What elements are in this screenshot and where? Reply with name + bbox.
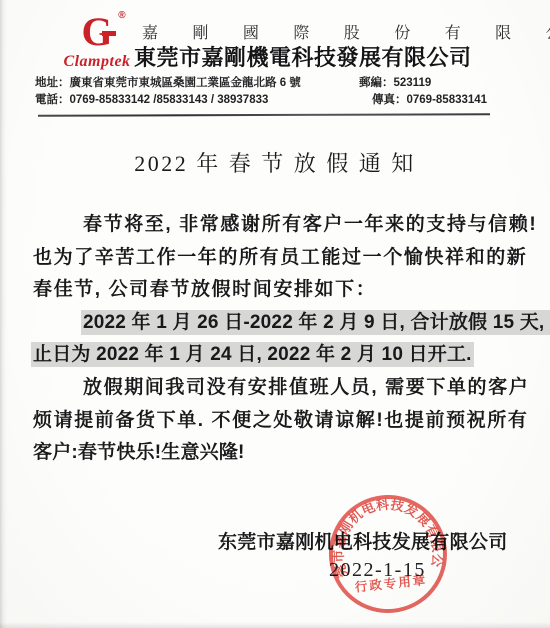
company-name-international: 嘉 剛 國 際 股 份 有 限 公 司 — [142, 20, 472, 43]
contact-row-address: 地址：廣東省東莞市東城區桑園工業區金龍北路 6 號 郵編：523119 — [35, 74, 515, 91]
postal-label: 郵編： — [359, 77, 394, 89]
postal-value: 523119 — [394, 77, 432, 89]
phone-label: 電話： — [35, 94, 70, 106]
highlight-mark: 止日为 2022 年 1 月 24 日, 2022 年 2 月 10 日开工. — [33, 344, 472, 365]
logo-clamp-bar-icon — [102, 31, 116, 36]
address-value: 廣東省東莞市東城區桑園工業區金龍北路 6 號 — [70, 77, 301, 89]
body-line: 春佳节, 公司春节放假时间安排如下： — [33, 274, 521, 307]
highlight-mark: 2022 年 1 月 26 日-2022 年 2 月 9 日, 合计放假 15 … — [83, 312, 550, 333]
body-line-highlighted: 2022 年 1 月 26 日-2022 年 2 月 9 日, 合计放假 15 … — [33, 307, 521, 340]
fax-value: 0769-85833141 — [407, 94, 488, 106]
scanned-notice-page: G ® Clamptek 嘉 剛 國 際 股 份 有 限 公 司 東莞市嘉剛機電… — [0, 0, 550, 628]
body-line: 春节将至, 非常感谢所有客户一年来的支持与信赖! — [33, 209, 521, 242]
contact-info: 地址：廣東省東莞市東城區桑園工業區金龍北路 6 號 郵編：523119 電話：0… — [35, 74, 515, 108]
company-logo: G ® Clamptek — [52, 12, 142, 71]
notice-title: 2022 年 春 节 放 假 通 知 — [0, 147, 550, 178]
notice-body: 春节将至, 非常感谢所有客户一年来的支持与信赖! 也为了辛苦工作一年的所有员工能… — [33, 209, 521, 470]
registered-trademark-icon: ® — [118, 11, 125, 21]
phone-value: 0769-85833142 /85833143 / 38937833 — [70, 94, 269, 106]
signature-company: 东莞市嘉刚机电科技发展有限公司 — [218, 527, 508, 554]
body-line-highlighted: 止日为 2022 年 1 月 24 日, 2022 年 2 月 10 日开工. — [33, 339, 521, 372]
body-line: 烦请提前备货下单. 不便之处敬请谅解!也提前预祝所有 — [33, 405, 521, 438]
logo-brand-text: Clamptek — [52, 53, 142, 71]
fax-label: 傳真： — [372, 94, 407, 106]
address-label: 地址： — [35, 77, 70, 89]
company-name-full: 東莞市嘉剛機電科技發展有限公司 — [134, 41, 534, 72]
contact-row-phone: 電話：0769-85833142 /85833143 / 38937833 傳真… — [35, 91, 515, 108]
body-line: 也为了辛苦工作一年的所有员工能过一个愉快祥和的新 — [33, 242, 521, 275]
body-line: 客户:春节快乐!生意兴隆! — [33, 437, 521, 470]
signature-date: 2022-1-15 — [329, 559, 426, 582]
body-line: 放假期间我司没有安排值班人员, 需要下单的客户 — [33, 372, 521, 405]
letterhead-divider — [38, 113, 490, 117]
